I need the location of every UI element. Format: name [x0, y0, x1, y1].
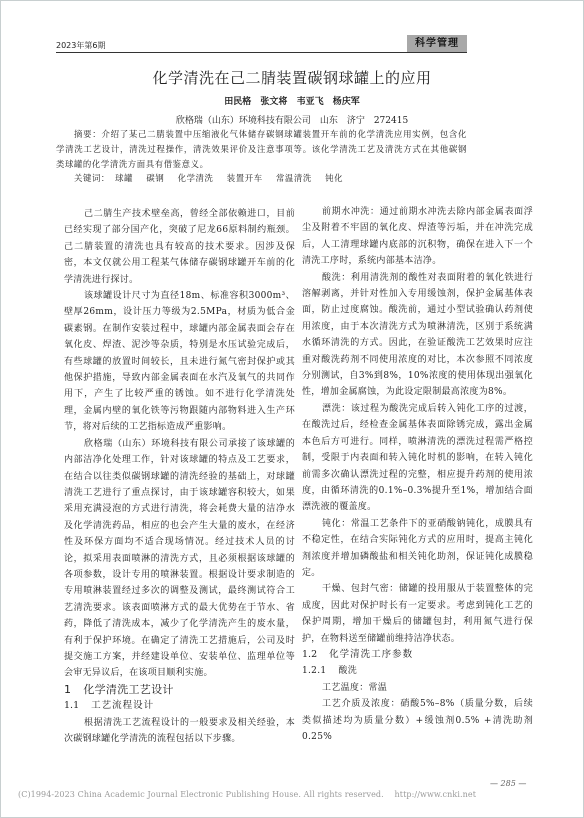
- copyright-footer: (C)1994-2023 China Academic Journal Elec…: [18, 789, 476, 800]
- keyword: 化学清洗: [178, 173, 214, 183]
- body-paragraph: 前期水冲洗：通过前期水冲洗去除内部金属表面浮尘及附着不牢固的氧化皮、焊渣等污垢，…: [302, 204, 533, 270]
- section-title: 化学清洗工序参数: [329, 649, 413, 660]
- abstract-label: 摘要：: [74, 129, 101, 139]
- keyword: 钝化: [325, 173, 343, 183]
- section-title: 化学清洗工艺设计: [83, 683, 173, 696]
- body-paragraph: 根据清洗工艺流程设计的一般要求及相关经验，本次碳钢球罐化学清洗的流程包括以下步骤…: [64, 715, 295, 748]
- journal-issue: 2023年第6期: [56, 40, 105, 51]
- author: 张文将: [260, 97, 287, 107]
- abstract-text: 介绍了某己二腈装置中压缩液化气体储存碳钢球罐装置开车前的化学清洗应用实例，包含化…: [56, 129, 467, 169]
- param-line: 工艺介质及浓度：硝酸5%–8%（质量分数，后续类似描述均为质量分数）+缓蚀剂0.…: [302, 696, 533, 745]
- left-column: 己二腈生产技术壁垒高，曾经全部依赖进口，目前已经实现了部分国产化，突破了尼龙66…: [64, 206, 295, 747]
- article-title: 化学清洗在己二腈装置碳钢球罐上的应用: [0, 67, 584, 88]
- affiliation: 欣格瑞（山东）环境科技有限公司 山东 济宁 272415: [0, 113, 584, 126]
- author-list: 田民格 张文将 韦亚飞 杨庆军: [0, 94, 584, 107]
- body-paragraph: 干燥、包封气密：储罐的投用服从于装置整体的完成度，因此对保护时长有一定要求。考虑…: [302, 581, 533, 647]
- body-paragraph: 欣格瑞（山东）环境科技有限公司承接了该球罐的内部洁净化处理工作，针对该球罐的特点…: [64, 436, 295, 682]
- body-paragraph: 酸洗：利用清洗剂的酸性对表面附着的氧化铁进行溶解剥离，并针对性加入专用缓蚀剂，保…: [302, 270, 533, 401]
- keywords: 关键词： 球罐 碳钢 化学清洗 装置开车 常温清洗 钝化: [74, 172, 353, 184]
- body-paragraph: 钝化：常温工艺条件下的亚硝酸钠钝化，成膜具有不稳定性，在结合实际钝化方式的应用时…: [302, 516, 533, 582]
- section-title: 工艺流程设计: [91, 700, 154, 711]
- section-title: 酸洗: [338, 666, 357, 676]
- param-line: 工艺温度：常温: [302, 680, 533, 696]
- section-number: 1: [64, 683, 71, 696]
- section-heading-1-2: 1.2化学清洗工序参数: [302, 647, 533, 663]
- keywords-label: 关键词：: [74, 173, 110, 183]
- section-heading-1-1: 1.1工艺流程设计: [64, 698, 295, 714]
- keyword: 装置开车: [227, 173, 263, 183]
- abstract: 摘要：介绍了某己二腈装置中压缩液化气体储存碳钢球罐装置开车前的化学清洗应用实例，…: [56, 127, 467, 172]
- section-number: 1.1: [64, 700, 79, 711]
- section-heading-1: 1化学清洗工艺设计: [64, 682, 295, 698]
- section-heading-1-2-1: 1.2.1酸洗: [302, 663, 533, 679]
- body-paragraph: 漂洗：该过程为酸洗完成后转入钝化工序的过渡，在酸洗过后，经检查金属基体表面除锈完…: [302, 401, 533, 516]
- section-number: 1.2.1: [302, 666, 326, 676]
- body-paragraph: 己二腈生产技术壁垒高，曾经全部依赖进口，目前已经实现了部分国产化，突破了尼龙66…: [64, 206, 295, 288]
- author: 韦亚飞: [297, 97, 324, 107]
- section-number: 1.2: [302, 649, 317, 660]
- page-number: — 285 —: [490, 779, 526, 788]
- author: 田民格: [224, 97, 251, 107]
- keyword: 碳钢: [146, 173, 164, 183]
- body-paragraph: 该球罐设计尺寸为直径18m、标准容积3000m³、壁厚26mm，设计压力等级为2…: [64, 288, 295, 436]
- author: 杨庆军: [333, 97, 360, 107]
- section-tag: 科学管理: [407, 35, 467, 52]
- running-header: 2023年第6期 科学管理: [56, 36, 467, 53]
- right-column: 前期水冲洗：通过前期水冲洗去除内部金属表面浮尘及附着不牢固的氧化皮、焊渣等污垢，…: [302, 204, 533, 745]
- keyword: 球罐: [115, 173, 133, 183]
- keyword: 常温清洗: [276, 173, 312, 183]
